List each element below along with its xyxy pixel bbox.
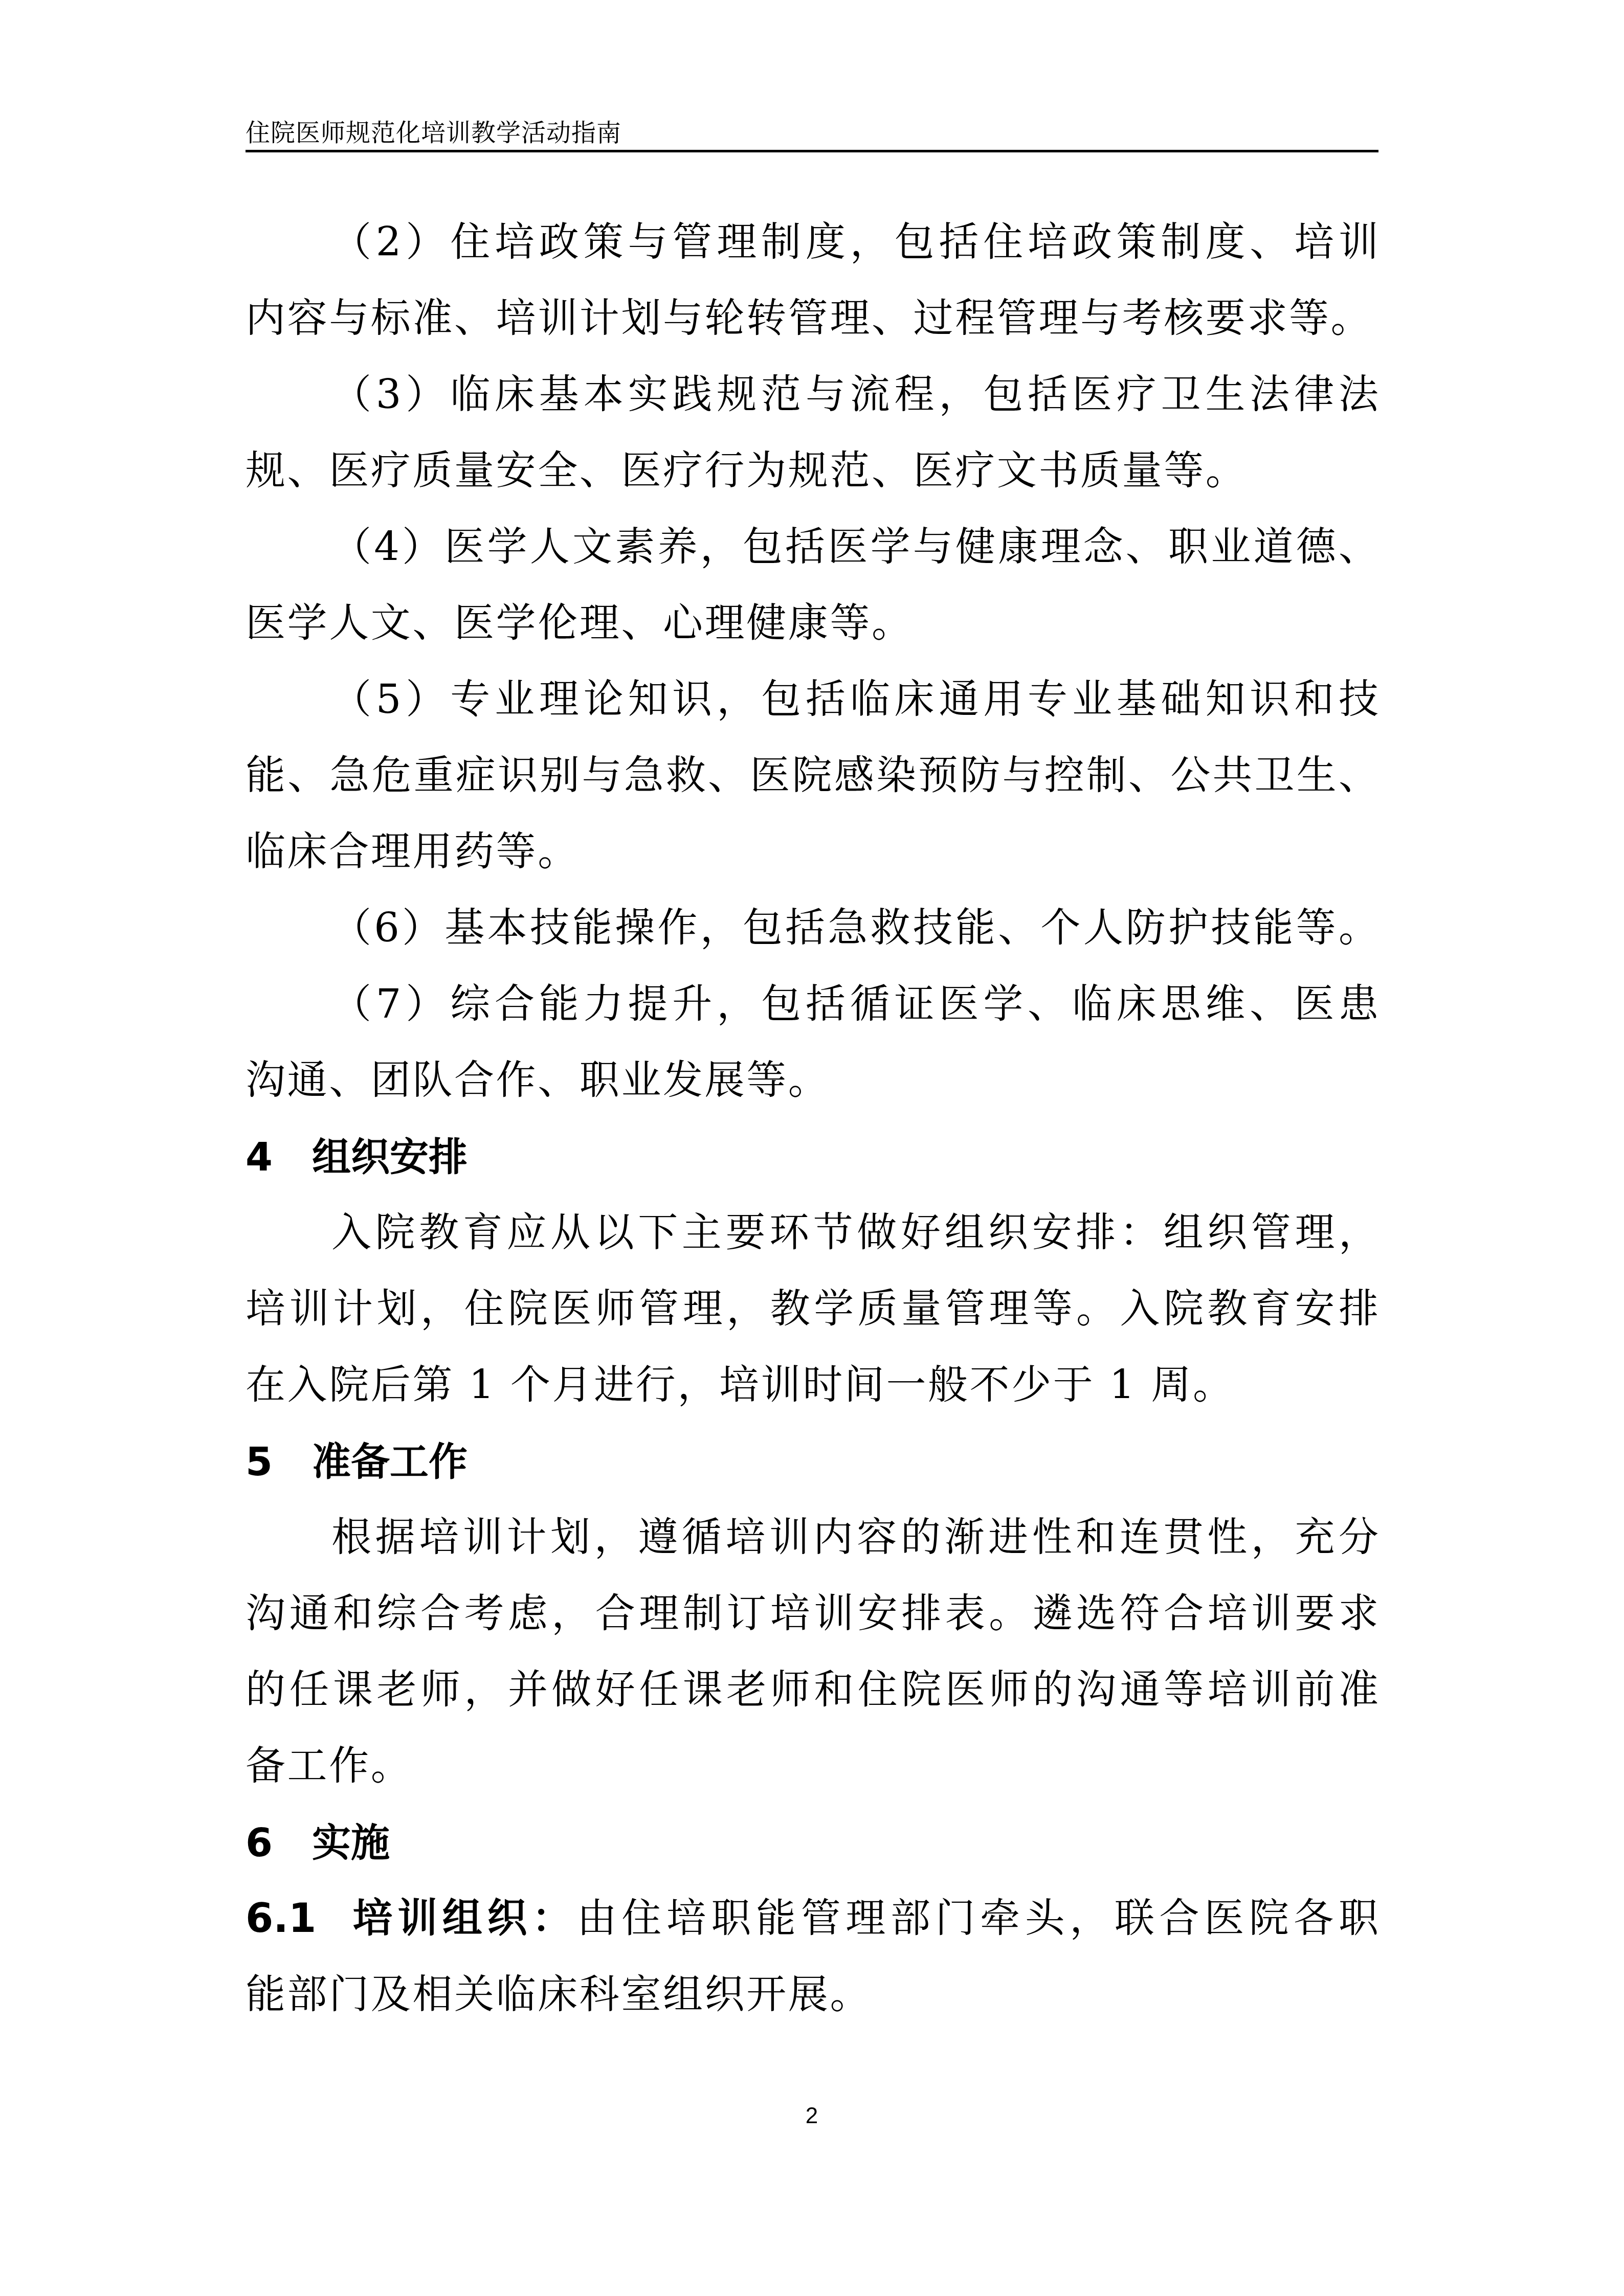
running-header: 住院医师规范化培训教学活动指南 [246, 117, 1378, 149]
item-3-line-1: （3）临床基本实践规范与流程，包括医疗卫生法律法 [246, 357, 1378, 433]
section-4-title: 组织安排 [312, 1134, 468, 1180]
header-rule [246, 150, 1378, 152]
section-5-heading: 5准备工作 [246, 1424, 1378, 1500]
item-4-line-2: 医学人文、医学伦理、心理健康等。 [246, 586, 1378, 662]
subsection-6-1-text: 由住培职能管理部门牵头，联合医院各职 [577, 1896, 1378, 1942]
item-2-line-2: 内容与标准、培训计划与轮转管理、过程管理与考核要求等。 [246, 281, 1378, 357]
item-5-line-3: 临床合理用药等。 [246, 814, 1378, 890]
item-2-line-1: （2）住培政策与管理制度，包括住培政策制度、培训 [246, 205, 1378, 281]
section-5-line-1: 根据培训计划，遵循培训内容的渐进性和连贯性，充分 [246, 1500, 1378, 1576]
section-5-line-3: 的任课老师，并做好任课老师和住院医师的沟通等培训前准 [246, 1652, 1378, 1728]
item-3-line-2: 规、医疗质量安全、医疗行为规范、医疗文书质量等。 [246, 433, 1378, 509]
page-content: （2）住培政策与管理制度，包括住培政策制度、培训 内容与标准、培训计划与轮转管理… [246, 205, 1378, 2033]
section-4-line-2: 培训计划，住院医师管理，教学质量管理等。入院教育安排 [246, 1271, 1378, 1347]
section-6-heading: 6实施 [246, 1805, 1378, 1881]
section-4-line-3: 在入院后第 1 个月进行，培训时间一般不少于 1 周。 [246, 1347, 1378, 1424]
section-5-line-4: 备工作。 [246, 1728, 1378, 1805]
item-6-line-1: （6）基本技能操作，包括急救技能、个人防护技能等。 [246, 890, 1378, 966]
subsection-6-1-line-1: 6.1培训组织：由住培职能管理部门牵头，联合医院各职 [246, 1881, 1378, 1957]
section-4-heading: 4组织安排 [246, 1119, 1378, 1195]
section-5-line-2: 沟通和综合考虑，合理制订培训安排表。遴选符合培训要求 [246, 1576, 1378, 1652]
section-6-number: 6 [246, 1805, 312, 1881]
section-4-line-1: 入院教育应从以下主要环节做好组织安排：组织管理， [246, 1195, 1378, 1271]
page-number: 2 [786, 2102, 837, 2130]
item-5-line-1: （5）专业理论知识，包括临床通用专业基础知识和技 [246, 662, 1378, 738]
item-7-line-1: （7）综合能力提升，包括循证医学、临床思维、医患 [246, 966, 1378, 1043]
section-5-title: 准备工作 [312, 1439, 468, 1484]
item-4-line-1: （4）医学人文素养，包括医学与健康理念、职业道德、 [246, 509, 1378, 586]
subsection-6-1-label: 培训组织： [348, 1896, 577, 1942]
item-7-line-2: 沟通、团队合作、职业发展等。 [246, 1043, 1378, 1119]
subsection-6-1-number: 6.1 [246, 1881, 348, 1957]
section-5-number: 5 [246, 1424, 312, 1500]
subsection-6-1-line-2: 能部门及相关临床科室组织开展。 [246, 1957, 1378, 2033]
section-6-title: 实施 [312, 1820, 390, 1865]
item-5-line-2: 能、急危重症识别与急救、医院感染预防与控制、公共卫生、 [246, 738, 1378, 814]
section-4-number: 4 [246, 1119, 312, 1195]
